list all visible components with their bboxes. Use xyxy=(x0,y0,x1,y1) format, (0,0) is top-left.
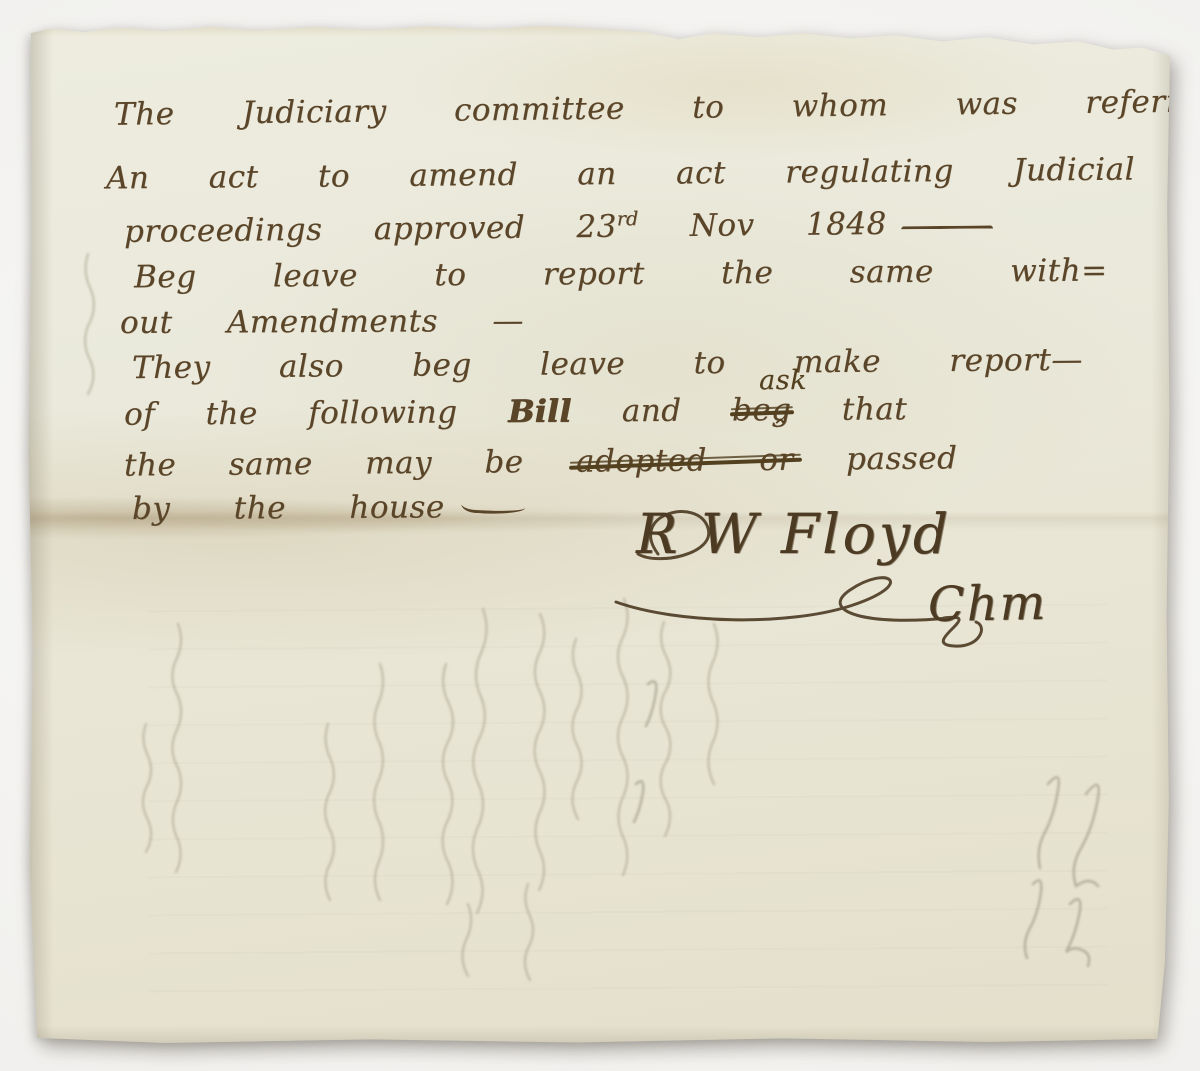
signature-title: Chm xyxy=(928,575,1048,633)
pen-swoosh-dash xyxy=(460,501,525,516)
line8-text: the same may be xyxy=(124,444,524,483)
document-page-wrap: The Judiciary committee to whom was refe… xyxy=(28,24,1170,1044)
signature-name: R W Floyd xyxy=(636,502,951,566)
line7-and: and xyxy=(622,393,682,429)
ruled-lines-show-through xyxy=(146,569,1109,1016)
ordinal-suffix: rd xyxy=(617,207,639,230)
handwritten-line-1: The Judiciary committee to whom was refe… xyxy=(114,83,1200,133)
line7-text: of the following xyxy=(124,394,458,432)
handwritten-line-5: out Amendments — xyxy=(120,303,524,341)
handwritten-line-7: of the following Bill and begask⌃ that xyxy=(124,391,907,432)
line3-date: Nov 1848 xyxy=(690,206,887,244)
line7-that: that xyxy=(842,391,908,427)
handwritten-line-3: proceedings approved 23rd Nov 1848 xyxy=(124,203,993,249)
scanner-background: The Judiciary committee to whom was refe… xyxy=(0,0,1200,1071)
line3-text: proceedings approved 23 xyxy=(124,209,617,250)
handwritten-line-2: An act to amend an act regulating Judici… xyxy=(106,152,1135,197)
handwritten-line-9: by the house xyxy=(132,489,525,527)
line7-bill-word: Bill xyxy=(508,394,572,430)
correction-group: begask⌃ xyxy=(732,392,792,428)
handwritten-line-6: They also beg leave to make report— xyxy=(132,342,1083,386)
pen-dash-rule xyxy=(901,220,993,230)
insertion-caret: ⌃ xyxy=(769,414,786,438)
line8-passed: passed xyxy=(846,440,958,477)
line9-text: by the house xyxy=(132,489,445,527)
handwritten-line-4: Beg leave to report the same with= xyxy=(134,253,1108,296)
inserted-word-ask: ask xyxy=(759,365,807,396)
struck-words-adopted-or: adopted or xyxy=(576,442,794,480)
handwritten-line-8: the same may be adopted or passed xyxy=(124,440,958,483)
document-page: The Judiciary committee to whom was refe… xyxy=(28,24,1170,1044)
